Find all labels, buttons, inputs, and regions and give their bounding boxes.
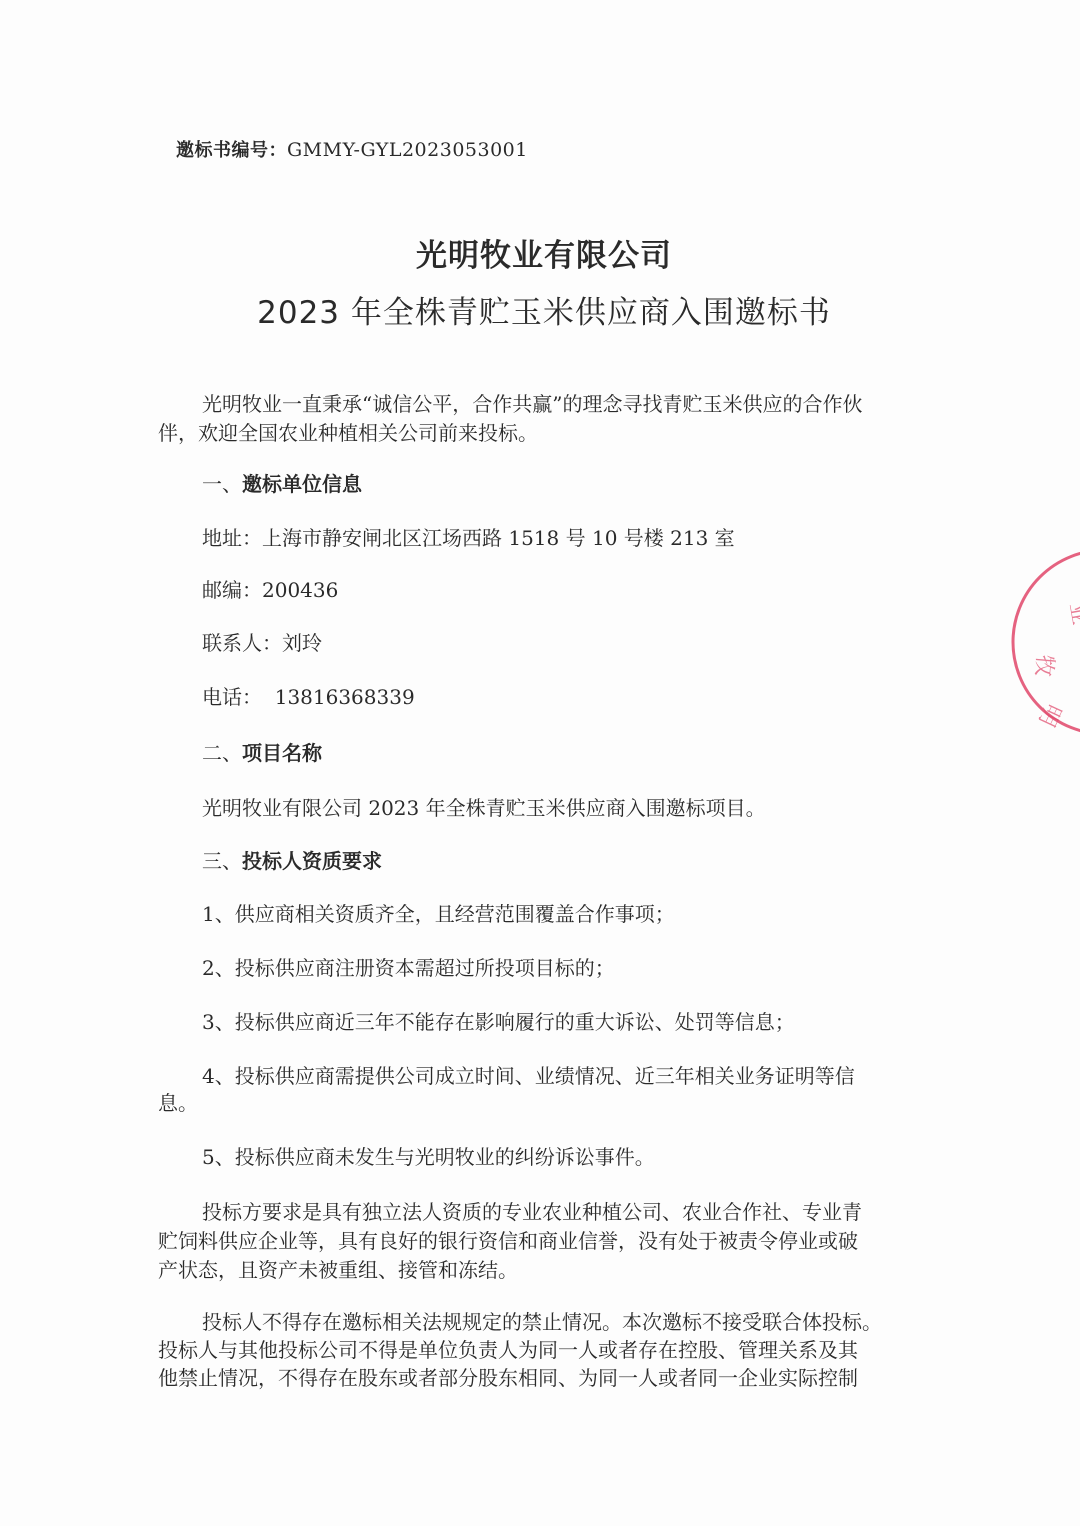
svg-text:业: 业 (1064, 601, 1080, 627)
doc-number-label: 邀标书编号： (176, 140, 287, 161)
contact-person: 联系人：刘玲 (202, 629, 322, 658)
intro-line-2: 伴，欢迎全国农业种植相关公司前来投标。 (158, 419, 538, 448)
address: 地址：上海市静安闸北区江场西路 1518 号 10 号楼 213 室 (202, 524, 735, 553)
section2-heading: 二、项目名称 (202, 737, 322, 766)
prohibition-para-line: 他禁止情况，不得存在股东或者部分股东相同、为同一人或者同一企业实际控制 (158, 1364, 858, 1393)
qualification-para-line: 贮饲料供应企业等，具有良好的银行资信和商业信誉，没有处于被责令停业或破 (158, 1227, 858, 1256)
qualification-para-line: 产状态，且资产未被重组、接管和冻结。 (158, 1256, 518, 1285)
qualification-para-line: 投标方要求是具有独立法人资质的专业农业种植公司、农业合作社、专业青 (202, 1198, 862, 1227)
postcode: 邮编：200436 (202, 576, 338, 605)
requirement-item: 3、投标供应商近三年不能存在影响履行的重大诉讼、处罚等信息； (202, 1008, 795, 1037)
phone: 电话： 13816368339 (202, 683, 415, 712)
requirement-item: 2、投标供应商注册资本需超过所投项目标的； (202, 954, 615, 983)
section3-heading: 三、投标人资质要求 (202, 845, 382, 874)
project-name: 光明牧业有限公司 2023 年全株青贮玉米供应商入围邀标项目。 (202, 794, 766, 823)
doc-number-value: GMMY-GYL2023053001 (287, 139, 528, 161)
prohibition-para-line: 投标人与其他投标公司不得是单位负责人为同一人或者存在控股、管理关系及其 (158, 1336, 858, 1365)
prohibition-para-line: 投标人不得存在邀标相关法规规定的禁止情况。本次邀标不接受联合体投标。 (202, 1308, 882, 1337)
title-company: 光明牧业有限公司 (0, 230, 1080, 275)
requirement-item: 4、投标供应商需提供公司成立时间、业绩情况、近三年相关业务证明等信 (202, 1062, 855, 1091)
requirement-item: 5、投标供应商未发生与光明牧业的纠纷诉讼事件。 (202, 1143, 655, 1172)
requirement-item: 1、供应商相关资质齐全，且经营范围覆盖合作事项； (202, 900, 675, 929)
title-project: 2023 年全株青贮玉米供应商入围邀标书 (0, 287, 1080, 332)
intro-line-1: 光明牧业一直秉承“诚信公平，合作共赢”的理念寻找青贮玉米供应的合作伙 (202, 390, 862, 419)
svg-text:牧: 牧 (1030, 653, 1057, 677)
requirement-item-cont: 息。 (158, 1089, 198, 1118)
doc-number: 邀标书编号：GMMY-GYL2023053001 (176, 136, 528, 162)
company-seal-stamp: 业 牧 明 (1010, 542, 1080, 742)
section1-heading: 一、邀标单位信息 (202, 468, 362, 497)
